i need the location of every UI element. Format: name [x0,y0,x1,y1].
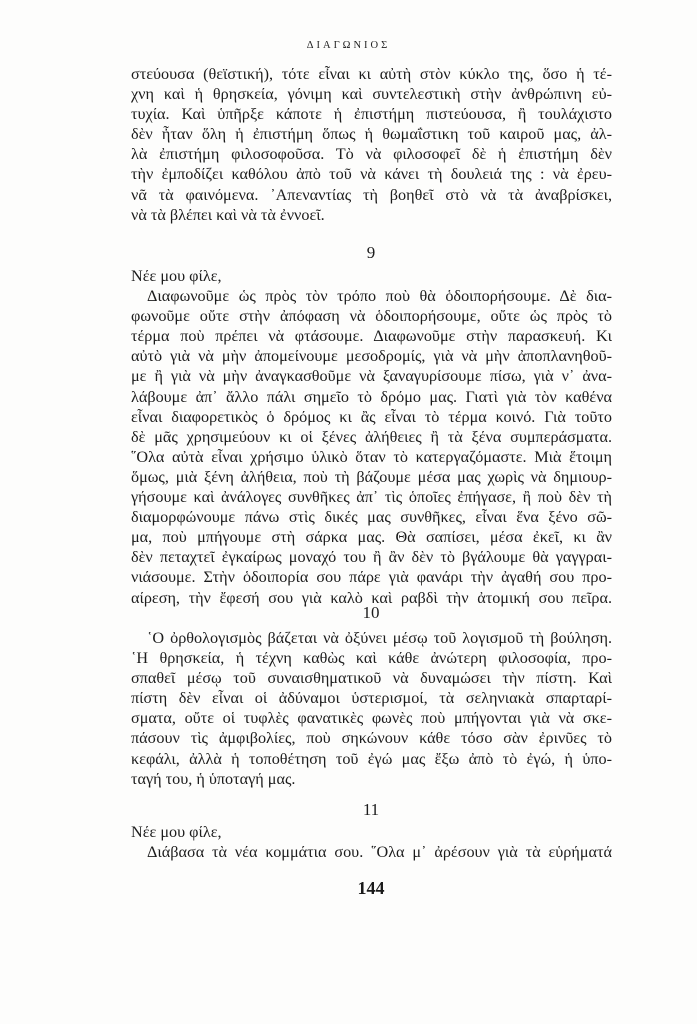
section-number-11: 11 [0,800,697,820]
section-number-10: 10 [0,603,697,623]
section-9-body: Νέε μου φίλε, Διαφωνοῦμε ὡς πρὸς τὸν τρό… [131,266,612,608]
text-line: διαμορφώνουμε πάνω στὶς δικές μας συνθῆκ… [131,507,612,527]
text-line: αὐτὸ γιὰ νὰ μὴν ἀπομείνουμε μεσοδρομίς, … [131,346,612,366]
text-line: σπαθεῖ μέσῳ τοῦ συναισθηματικοῦ νὰ δυναμ… [131,668,612,688]
text-line: τέρμα ποὺ πρέπει νὰ φτάσουμε. Διαφωνοῦμε… [131,326,612,346]
book-page: ΔΙΑΓΩΝΙΟΣ στεύουσα (θεϊστική), τότε εἶνα… [0,0,697,1024]
text-line: γήσουμε καὶ ἀνάλογες συνθῆκες ἀπ᾿ τὶς ὁπ… [131,487,612,507]
text-line: ῾Η θρησκεία, ἡ τέχνη καθὼς καὶ κάθε ἀνώτ… [131,648,612,668]
text-line: ῾Ο ὀρθολογισμὸς βάζεται νὰ ὀξύνει μέσῳ τ… [131,628,612,648]
text-line: στεύουσα (θεϊστική), τότε εἶναι κι αὐτὴ … [131,64,612,84]
text-line: νὰ τὰ βλέπει καὶ νὰ τὰ ἐννοεῖ. [131,205,612,225]
text-line: φωνοῦμε οὔτε στὴν ἀπόφαση νὰ ὁδοιπορήσου… [131,306,612,326]
text-line: νᾶ τὰ φαινόμενα. ᾿Απεναντίας τὴ βοηθεῖ σ… [131,185,612,205]
section-number-9: 9 [0,243,697,263]
page-number: 144 [0,878,697,899]
text-line: μα, ποὺ μπήγουμε στὴ σάρκα μας. Θὰ σαπίσ… [131,527,612,547]
text-line: εἶναι διαφορετικὸς ὁ δρόμος κι ἂς εἶναι … [131,407,612,427]
section-10-body: ῾Ο ὀρθολογισμὸς βάζεται νὰ ὀξύνει μέσῳ τ… [131,628,612,789]
text-line: ὅμως, μιὰ ξένη ἀλήθεια, ποὺ τὴ βάζουμε μ… [131,467,612,487]
text-line: λάβουμε ἀπ᾿ ἄλλο πάλι σημεῖο τὸ δρόμο μα… [131,387,612,407]
text-line: δὲν πεταχτεῖ ἐγκαίρως μοναχό του ἢ ἂν δὲ… [131,547,612,567]
text-line: με ἢ γιὰ νὰ μὴν ἀναγκασθοῦμε νὰ ξαναγυρί… [131,366,612,386]
salutation: Νέε μου φίλε, [131,266,612,286]
running-head: ΔΙΑΓΩΝΙΟΣ [0,40,697,51]
text-line: νιάσουμε. Στὴν ὁδοιπορία σου πάρε γιὰ φα… [131,567,612,587]
section-11-body: Νέε μου φίλε, Διάβασα τὰ νέα κομμάτια σο… [131,822,612,862]
text-line: δὲν ἦταν ὅλη ἡ ἐπιστήμη ὅπως ἡ θωμαΐστικ… [131,124,612,144]
text-line: Διάβασα τὰ νέα κομμάτια σου. ῞Ολα μ᾿ ἀρέ… [131,842,612,862]
text-line: σματα, οὔτε οἱ τυφλὲς φανατικὲς φωνὲς πο… [131,708,612,728]
text-line: πάσουν τὶς ἀμφιβολίες, ποὺ σηκώνουν κάθε… [131,728,612,748]
salutation: Νέε μου φίλε, [131,822,612,842]
text-line: Διαφωνοῦμε ὡς πρὸς τὸν τρόπο ποὺ θὰ ὁδοι… [131,286,612,306]
text-line: τυχία. Καὶ ὑπῆρξε κάποτε ἡ ἐπιστήμη πιστ… [131,104,612,124]
continuation-paragraph: στεύουσα (θεϊστική), τότε εἶναι κι αὐτὴ … [131,64,612,225]
text-line: λὰ ἐπιστήμη φιλοσοφοῦσα. Τὸ νὰ φιλοσοφεῖ… [131,144,612,164]
text-line: χνη καὶ ἡ θρησκεία, γόνιμη καὶ συντελεστ… [131,84,612,104]
text-line: δὲ μᾶς χρησιμεύουν κι οἱ ξένες ἀλήθειες … [131,427,612,447]
text-line: ῞Ολα αὐτὰ εἶναι χρήσιμο ὑλικὸ ὅταν τὸ κα… [131,447,612,467]
text-line: τὴν ἐμποδίζει καθόλου ἀπὸ τοῦ νὰ κάνει τ… [131,164,612,184]
text-line: κεφάλι, ἀλλὰ ἡ τοποθέτηση τοῦ ἐγώ μας ἔξ… [131,749,612,769]
text-line: πίστη δὲν εἶναι οἱ ἀδύναμοι ὑστερισμοί, … [131,688,612,708]
text-line: ταγή του, ἡ ὑποταγή μας. [131,769,612,789]
